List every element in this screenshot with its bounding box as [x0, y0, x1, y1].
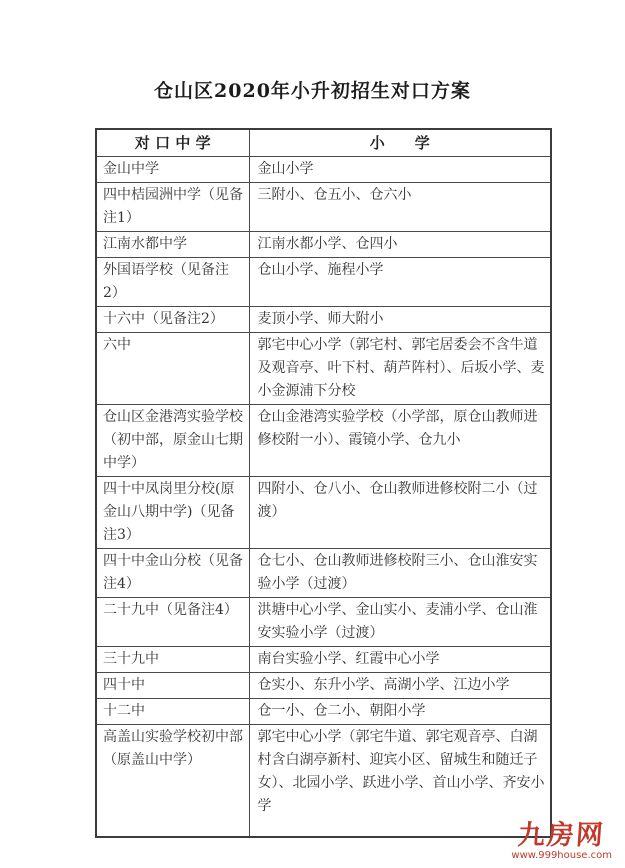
- middle-school-cell: 仓山区金港湾实验学校（初中部，原金山七期中学）: [96, 405, 249, 477]
- table-row: 十六中（见备注2） 麦顶小学、师大附小: [96, 307, 551, 333]
- header-row: 对 口 中 学 小 学: [96, 129, 551, 157]
- table-row: 仓山区金港湾实验学校（初中部，原金山七期中学） 仓山金港湾实验学校（小学部，原仓…: [96, 405, 551, 477]
- middle-school-cell: 二十九中（见备注4）: [96, 598, 249, 647]
- enrollment-matching-table: 对 口 中 学 小 学 金山中学 金山小学 四中桔园洲中学（见备注1） 三附小、…: [95, 128, 552, 838]
- primary-school-cell: 郭宅中心小学（郭宅牛道、郭宅观音亭、白湖村含白湖亭新村、迎宾小区、留城生和随迁子…: [249, 725, 551, 838]
- table-row: 四中桔园洲中学（见备注1） 三附小、仓五小、仓六小: [96, 183, 551, 232]
- middle-school-cell: 江南水都中学: [96, 232, 249, 258]
- header-primary-school: 小 学: [249, 129, 551, 157]
- table-row: 高盖山实验学校初中部（原盖山中学） 郭宅中心小学（郭宅牛道、郭宅观音亭、白湖村含…: [96, 725, 551, 838]
- middle-school-cell: 六中: [96, 333, 249, 405]
- site-url: www.999house.com: [511, 850, 612, 862]
- table-row: 二十九中（见备注4） 洪塘中心小学、金山实小、麦浦小学、仓山淮安实验小学（过渡）: [96, 598, 551, 647]
- middle-school-cell: 三十九中: [96, 647, 249, 673]
- middle-school-cell: 十二中: [96, 699, 249, 725]
- middle-school-cell: 高盖山实验学校初中部（原盖山中学）: [96, 725, 249, 838]
- primary-school-cell: 郭宅中心小学（郭宅村、郭宅居委会不含牛道及观音亭、叶下村、葫芦阵村）、后坂小学、…: [249, 333, 551, 405]
- table-row: 四十中金山分校（见备注4） 仓七小、仓山教师进修校附三小、仓山淮安实验小学（过渡…: [96, 549, 551, 598]
- middle-school-cell: 四中桔园洲中学（见备注1）: [96, 183, 249, 232]
- table-row: 外国语学校（见备注2） 仓山小学、施程小学: [96, 258, 551, 307]
- middle-school-cell: 四十中: [96, 673, 249, 699]
- primary-school-cell: 江南水都小学、仓四小: [249, 232, 551, 258]
- primary-school-cell: 金山小学: [249, 157, 551, 183]
- header-middle-school: 对 口 中 学: [96, 129, 249, 157]
- table-row: 十二中 仓一小、仓二小、朝阳小学: [96, 699, 551, 725]
- middle-school-cell: 外国语学校（见备注2）: [96, 258, 249, 307]
- primary-school-cell: 仓七小、仓山教师进修校附三小、仓山淮安实验小学（过渡）: [249, 549, 551, 598]
- table-row: 四十中 仓实小、东升小学、高湖小学、江边小学: [96, 673, 551, 699]
- site-logo: 九房网: [510, 822, 613, 850]
- primary-school-cell: 仓山小学、施程小学: [249, 258, 551, 307]
- table-row: 六中 郭宅中心小学（郭宅村、郭宅居委会不含牛道及观音亭、叶下村、葫芦阵村）、后坂…: [96, 333, 551, 405]
- site-watermark: 九房网 www.999house.com: [511, 822, 612, 862]
- page-title: 仓山区2020年小升初招生对口方案: [0, 76, 625, 103]
- middle-school-cell: 十六中（见备注2）: [96, 307, 249, 333]
- middle-school-cell: 四十中金山分校（见备注4）: [96, 549, 249, 598]
- middle-school-cell: 四十中凤岗里分校(原金山八期中学)（见备注3）: [96, 477, 249, 549]
- middle-school-cell: 金山中学: [96, 157, 249, 183]
- primary-school-cell: 洪塘中心小学、金山实小、麦浦小学、仓山淮安实验小学（过渡）: [249, 598, 551, 647]
- primary-school-cell: 三附小、仓五小、仓六小: [249, 183, 551, 232]
- table-row: 三十九中 南台实验小学、红霞中心小学: [96, 647, 551, 673]
- primary-school-cell: 麦顶小学、师大附小: [249, 307, 551, 333]
- table-row: 金山中学 金山小学: [96, 157, 551, 183]
- primary-school-cell: 四附小、仓八小、仓山教师进修校附二小（过渡）: [249, 477, 551, 549]
- primary-school-cell: 仓实小、东升小学、高湖小学、江边小学: [249, 673, 551, 699]
- primary-school-cell: 南台实验小学、红霞中心小学: [249, 647, 551, 673]
- primary-school-cell: 仓一小、仓二小、朝阳小学: [249, 699, 551, 725]
- table-row: 江南水都中学 江南水都小学、仓四小: [96, 232, 551, 258]
- primary-school-cell: 仓山金港湾实验学校（小学部，原仓山教师进修校附一小）、霞镜小学、仓九小: [249, 405, 551, 477]
- table-row: 四十中凤岗里分校(原金山八期中学)（见备注3） 四附小、仓八小、仓山教师进修校附…: [96, 477, 551, 549]
